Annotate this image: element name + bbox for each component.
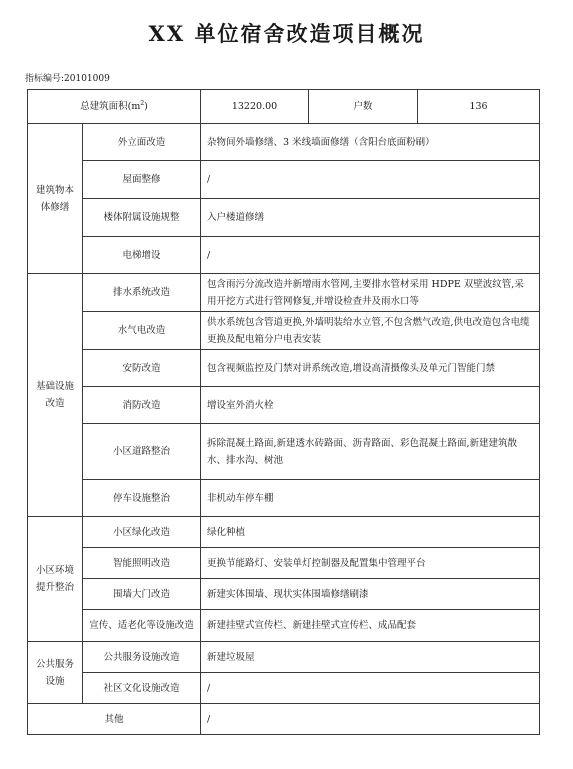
table-row: 建筑物本体修缮 外立面改造 杂物间外墙修缮、3 米线墙面修缮（含阳台底面粉刷） xyxy=(28,124,540,161)
index-number: 指标编号:20101009 xyxy=(25,71,110,84)
table-row: 楼体附属设施规整 入户楼道修缮 xyxy=(28,199,540,237)
item-label: 小区绿化改造 xyxy=(83,517,201,548)
group-infrastructure: 基础设施改造 xyxy=(28,274,83,517)
item-content: 增设室外消火栓 xyxy=(201,387,540,424)
item-label: 宣传、适老化等设施改造 xyxy=(83,610,201,642)
item-label: 围墙大门改造 xyxy=(83,579,201,610)
item-content: 包含雨污分流改造并新增雨水管网,主要排水管材采用 HDPE 双壁波纹管,采用开挖… xyxy=(201,274,540,312)
group-building-body: 建筑物本体修缮 xyxy=(28,124,83,274)
other-row: 其他 / xyxy=(28,704,540,735)
item-content: 包含视频监控及门禁对讲系统改造,增设高清摄像头及单元门智能门禁 xyxy=(201,350,540,387)
item-content: 非机动车停车棚 xyxy=(201,480,540,517)
summary-row: 总建筑面积(m2) 13220.00 户数 136 xyxy=(28,90,540,124)
table-row: 基础设施改造 排水系统改造 包含雨污分流改造并新增雨水管网,主要排水管材采用 H… xyxy=(28,274,540,312)
item-content: 新建实体围墙、现状实体围墙修缮刷漆 xyxy=(201,579,540,610)
item-label: 小区道路整治 xyxy=(83,424,201,480)
item-content: 新建挂壁式宣传栏、新建挂壁式宣传栏、成品配套 xyxy=(201,610,540,642)
item-label: 社区文化设施改造 xyxy=(83,673,201,704)
households-value: 136 xyxy=(418,90,540,124)
item-label: 停车设施整治 xyxy=(83,480,201,517)
item-label: 安防改造 xyxy=(83,350,201,387)
item-label: 消防改造 xyxy=(83,387,201,424)
item-content: 入户楼道修缮 xyxy=(201,199,540,237)
item-content: 杂物间外墙修缮、3 米线墙面修缮（含阳台底面粉刷） xyxy=(201,124,540,161)
project-overview-table: 总建筑面积(m2) 13220.00 户数 136 建筑物本体修缮 外立面改造 … xyxy=(27,89,540,735)
item-label: 排水系统改造 xyxy=(83,274,201,312)
other-label: 其他 xyxy=(28,704,201,735)
households-label: 户数 xyxy=(309,90,418,124)
item-content: 供水系统包含管道更换,外墙明装给水立管,不包含燃气改造,供电改造包含电缆更换及配… xyxy=(201,312,540,350)
item-content: / xyxy=(201,161,540,199)
item-label: 屋面整修 xyxy=(83,161,201,199)
page-title: XX 单位宿舍改造项目概况 xyxy=(0,18,573,48)
item-content: 更换节能路灯、安装单灯控制器及配置集中管理平台 xyxy=(201,548,540,579)
table-row: 水气电改造 供水系统包含管道更换,外墙明装给水立管,不包含燃气改造,供电改造包含… xyxy=(28,312,540,350)
table-row: 小区道路整治 拆除混凝土路面,新建透水砖路面、沥青路面、彩色混凝土路面,新建建筑… xyxy=(28,424,540,480)
item-label: 楼体附属设施规整 xyxy=(83,199,201,237)
table-row: 电梯增设 / xyxy=(28,237,540,274)
item-content: 绿化种植 xyxy=(201,517,540,548)
item-content: 新建垃圾屋 xyxy=(201,642,540,673)
table-row: 安防改造 包含视频监控及门禁对讲系统改造,增设高清摄像头及单元门智能门禁 xyxy=(28,350,540,387)
table-row: 小区环境提升整治 小区绿化改造 绿化种植 xyxy=(28,517,540,548)
item-label: 电梯增设 xyxy=(83,237,201,274)
table-row: 智能照明改造 更换节能路灯、安装单灯控制器及配置集中管理平台 xyxy=(28,548,540,579)
table-row: 停车设施整治 非机动车停车棚 xyxy=(28,480,540,517)
item-label: 水气电改造 xyxy=(83,312,201,350)
item-content: 拆除混凝土路面,新建透水砖路面、沥青路面、彩色混凝土路面,新建建筑散水、排水沟、… xyxy=(201,424,540,480)
other-content: / xyxy=(201,704,540,735)
item-content: / xyxy=(201,237,540,274)
group-environment: 小区环境提升整治 xyxy=(28,517,83,642)
item-label: 智能照明改造 xyxy=(83,548,201,579)
item-label: 公共服务设施改造 xyxy=(83,642,201,673)
table-row: 屋面整修 / xyxy=(28,161,540,199)
table-row: 公共服务设施 公共服务设施改造 新建垃圾屋 xyxy=(28,642,540,673)
table-row: 消防改造 增设室外消火栓 xyxy=(28,387,540,424)
table-row: 社区文化设施改造 / xyxy=(28,673,540,704)
total-area-value: 13220.00 xyxy=(201,90,309,124)
item-content: / xyxy=(201,673,540,704)
group-public-services: 公共服务设施 xyxy=(28,642,83,704)
table-row: 围墙大门改造 新建实体围墙、现状实体围墙修缮刷漆 xyxy=(28,579,540,610)
table-row: 宣传、适老化等设施改造 新建挂壁式宣传栏、新建挂壁式宣传栏、成品配套 xyxy=(28,610,540,642)
total-area-label: 总建筑面积(m2) xyxy=(28,90,201,124)
item-label: 外立面改造 xyxy=(83,124,201,161)
